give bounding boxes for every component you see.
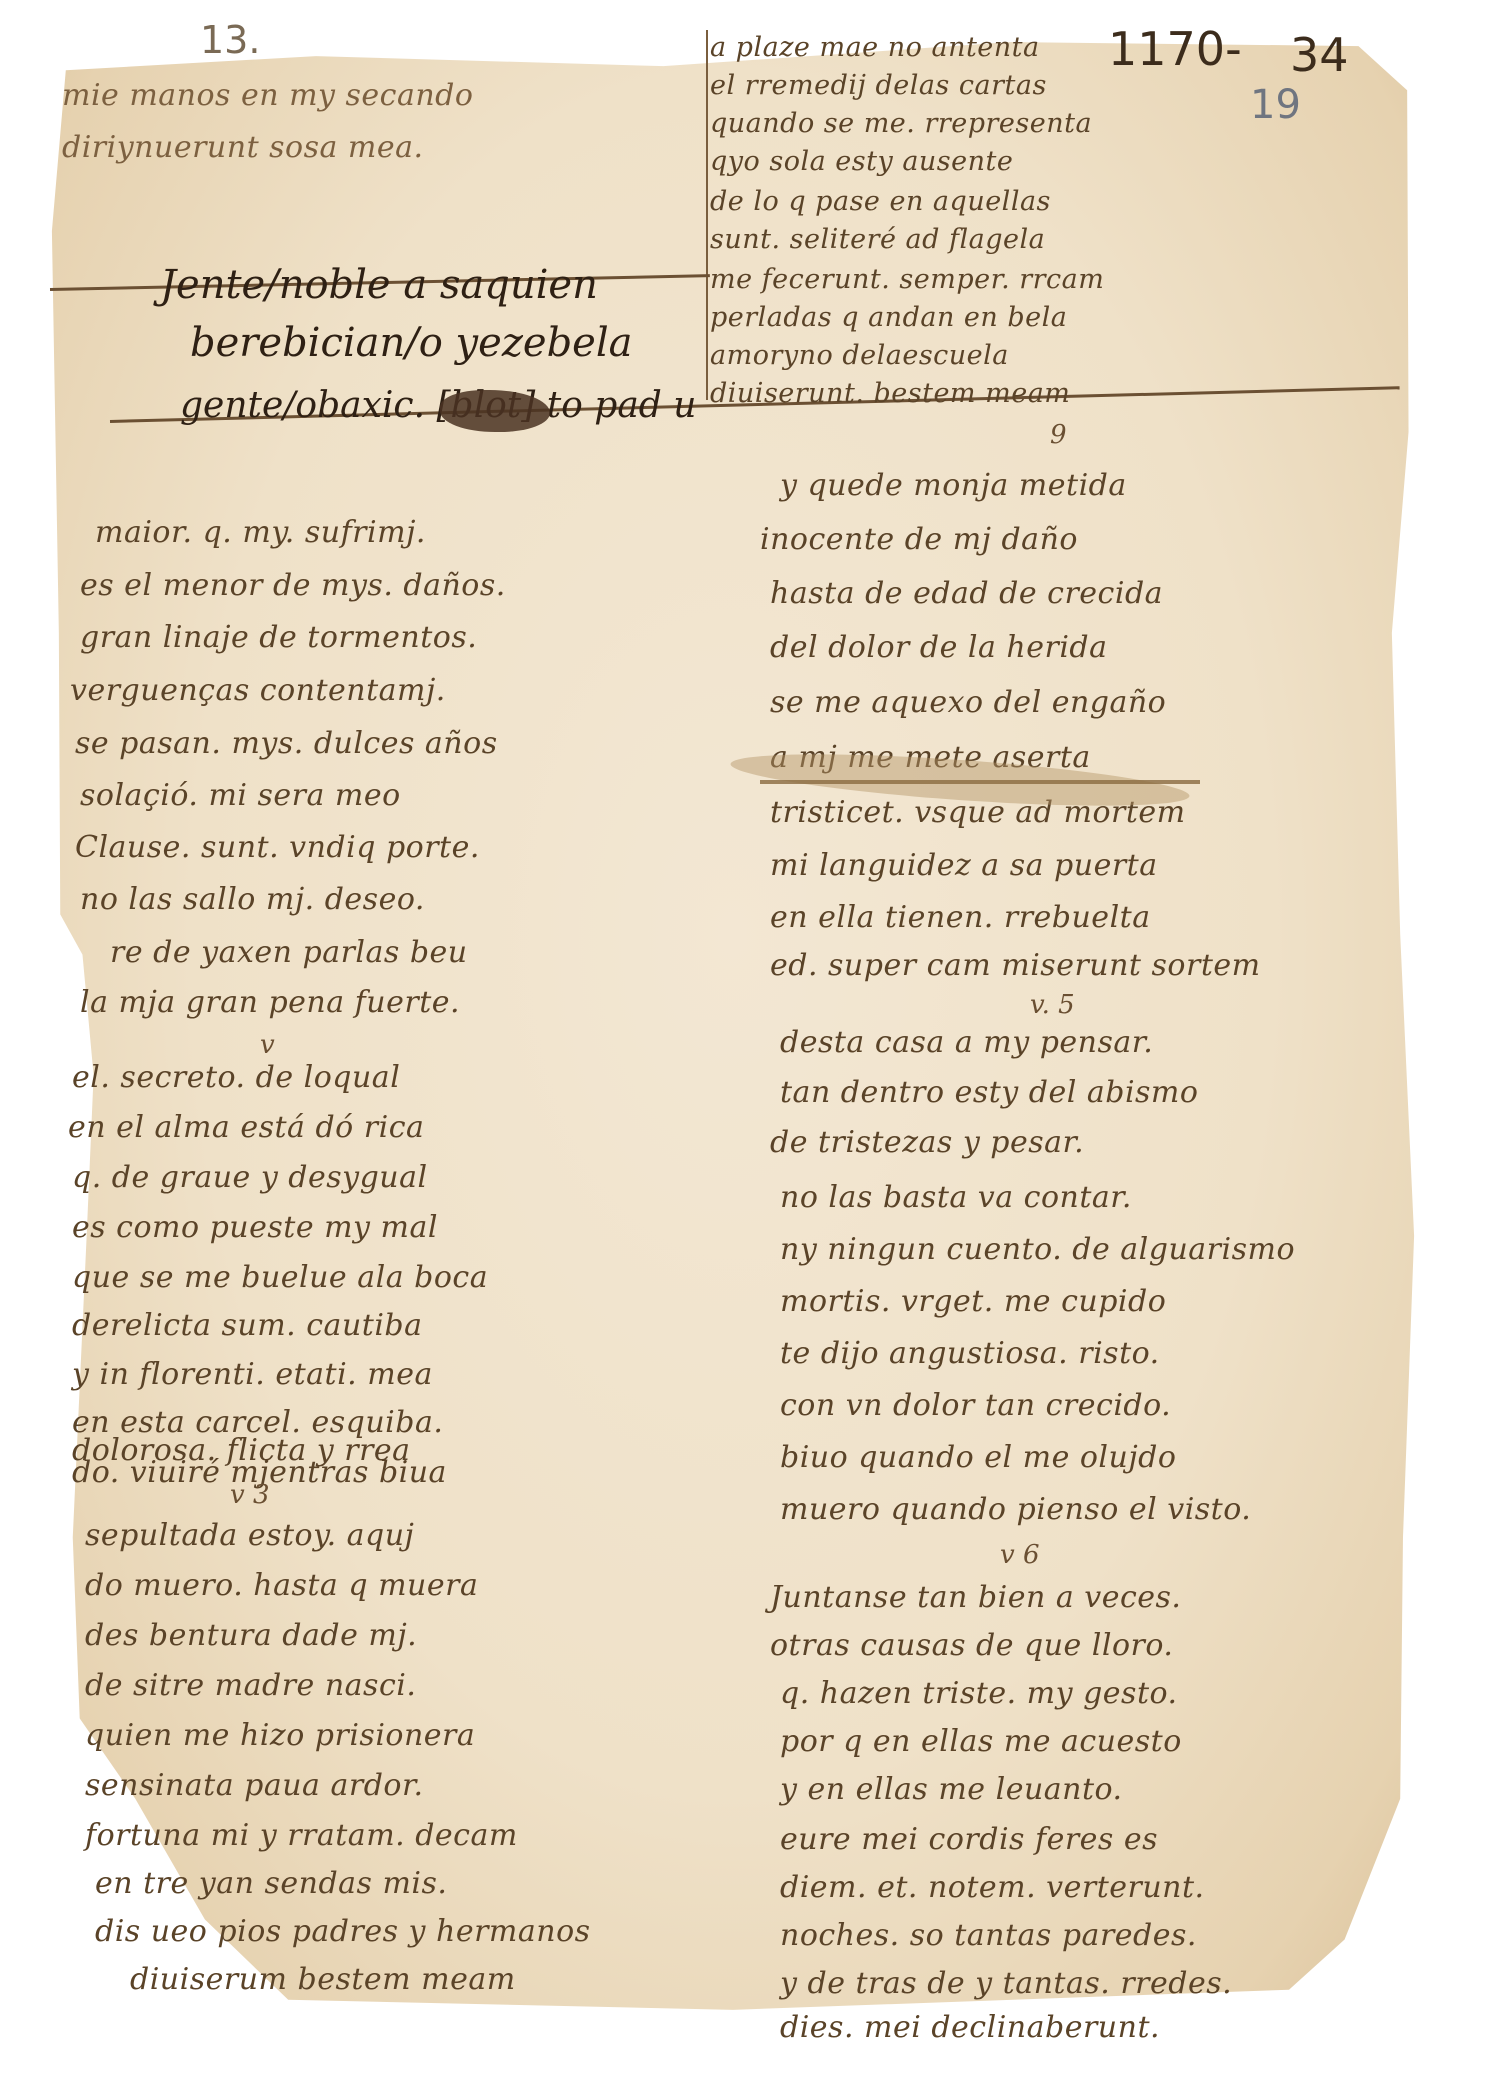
top-left-line: mie manos en my secando [62, 78, 473, 113]
left-stanza-1-line: se pasan. mys. dulces años [75, 726, 498, 761]
right-top-line: diuiserunt. bestem meam [710, 378, 1070, 409]
left-stanza-3-line: dis ueo pios padres y hermanos [95, 1914, 591, 1949]
folio-number-ink: 1170- [1108, 22, 1242, 76]
ink-blot [440, 390, 550, 432]
column-divider [706, 30, 708, 400]
left-stanza-2-line: en el alma está dó rica [68, 1110, 424, 1145]
right-stanza-3-line: dies. mei declinaberunt. [780, 2010, 1160, 2045]
left-stanza-3-line: do muero. hasta q muera [85, 1568, 478, 1603]
right-stanza-3-line: y en ellas me leuanto. [780, 1772, 1123, 1807]
left-stanza-3-line: diuiserum bestem meam [130, 1962, 516, 1997]
right-top-line: amoryno delaescuela [710, 340, 1009, 371]
right-stanza-2-line: de tristezas y pesar. [770, 1125, 1084, 1160]
left-stanza-3-line: quien me hizo prisionera [85, 1718, 475, 1753]
left-stanza-1-line: Clause. sunt. vndiq porte. [75, 830, 480, 865]
right-top-line: qyo sola esty ausente [710, 146, 1013, 177]
left-stanza-2-line: es como pueste my mal [72, 1210, 438, 1245]
right-stanza-2-line: te dijo angustiosa. risto. [780, 1336, 1160, 1371]
left-stanza-2-line: el. secreto. de loqual [72, 1060, 400, 1095]
right-stanza-2-line: biuo quando el me olujdo [780, 1440, 1176, 1475]
left-stanza-1-line: verguenças contentamj. [70, 673, 446, 708]
left-stanza-3-line: sepultada estoy. aquj [85, 1518, 414, 1553]
right-top-line: sunt. seliteré ad flagela [710, 224, 1045, 255]
left-stanza-3-line: fortuna mi y rratam. decam [85, 1818, 518, 1853]
right-stanza-3-line: eure mei cordis feres es [780, 1822, 1158, 1857]
right-stanza-3-line: noches. so tantas paredes. [780, 1918, 1197, 1953]
left-stanza-3-line: des bentura dade mj. [85, 1618, 417, 1653]
left-stanza-1-line: gran linaje de tormentos. [80, 620, 477, 655]
right-stanza-1-line: y quede monja metida [780, 468, 1127, 503]
right-stanza-2-line: no las basta va contar. [780, 1180, 1132, 1215]
right-top-line: me fecerunt. semper. rrcam [710, 264, 1104, 295]
left-stanza-1-line: re de yaxen parlas beu [110, 935, 468, 970]
left-stanza-2-line: que se me buelue ala boca [72, 1260, 488, 1295]
left-stanza-1-line: maior. q. my. sufrimj. [95, 515, 426, 550]
right-stanza-2-line: ny ningun cuento. de alguarismo [780, 1232, 1295, 1267]
top-left-line: diriynuerunt sosa mea. [62, 130, 424, 165]
left-stanza-3-line: de sitre madre nasci. [85, 1668, 416, 1703]
right-stanza-1-line: hasta de edad de crecida [770, 576, 1163, 611]
left-stanza-1-line: la mja gran pena fuerte. [80, 985, 460, 1020]
right-stanza-3-line: otras causas de que lloro. [770, 1628, 1173, 1663]
left-stanza-1-line: no las sallo mj. deseo. [80, 882, 425, 917]
stanza-marker: v [260, 1030, 275, 1060]
left-stanza-3-line: sensinata paua ardor. [85, 1768, 424, 1803]
stanza-marker: v. 5 [1030, 990, 1075, 1020]
stanza-marker: v 3 [230, 1480, 270, 1510]
right-stanza-2-line: tan dentro esty del abismo [780, 1075, 1198, 1110]
left-stanza-1-line: solaçió. mi sera meo [80, 778, 401, 813]
stanza-marker: 9 [1050, 420, 1067, 450]
right-top-line: a plaze mae no antenta [710, 32, 1040, 63]
right-top-line: perladas q andan en bela [710, 302, 1067, 333]
heading-line: berebician/o yezebela [190, 320, 632, 366]
stanza-marker: v 6 [1000, 1540, 1040, 1570]
right-stanza-1-line: en ella tienen. rrebuelta [770, 900, 1151, 935]
heading-line: gente/obaxic. [blot] to pad u [180, 385, 696, 426]
right-stanza-1-line: del dolor de la herida [770, 630, 1108, 665]
left-stanza-2-line: derelicta sum. cautiba [72, 1308, 423, 1343]
right-stanza-3-line: Juntanse tan bien a veces. [770, 1580, 1181, 1615]
heading-line: Jente/noble a saquien [160, 262, 598, 308]
folio-number-pencil: 19 [1250, 82, 1301, 128]
left-stanza-2-line: q. de graue y desygual [72, 1160, 428, 1195]
right-stanza-3-line: y de tras de y tantas. rredes. [780, 1966, 1232, 2001]
left-stanza-3-line: en tre yan sendas mis. [95, 1866, 447, 1901]
right-stanza-1-line: mi languidez a sa puerta [770, 848, 1158, 883]
right-stanza-3-line: q. hazen triste. my gesto. [780, 1676, 1178, 1711]
right-stanza-2-line: con vn dolor tan crecido. [780, 1388, 1171, 1423]
right-stanza-2-line: desta casa a my pensar. [780, 1025, 1153, 1060]
folio-number-left: 13. [200, 18, 260, 62]
right-top-line: de lo q pase en aquellas [710, 186, 1051, 217]
strikethrough [760, 780, 1200, 784]
left-stanza-2-line: y in florenti. etati. mea [72, 1357, 433, 1392]
right-stanza-3-line: diem. et. notem. verterunt. [780, 1870, 1205, 1905]
right-stanza-2-line: mortis. vrget. me cupido [780, 1284, 1166, 1319]
folio-number-ink-2: 34 [1290, 28, 1349, 82]
left-stanza-1-line: es el menor de mys. daños. [80, 568, 506, 603]
right-stanza-1-line: ed. super cam miserunt sortem [770, 948, 1261, 983]
left-stanza-2-line: dolorosa. flicta y rrea [72, 1433, 411, 1468]
right-top-line: el rremedij delas cartas [710, 70, 1047, 101]
right-stanza-3-line: por q en ellas me acuesto [780, 1724, 1182, 1759]
right-stanza-2-line: muero quando pienso el visto. [780, 1492, 1251, 1527]
right-stanza-1-line: se me aquexo del engaño [770, 685, 1166, 720]
right-stanza-1-line: inocente de mj daño [760, 522, 1078, 557]
right-top-line: quando se me. rrepresenta [710, 108, 1092, 139]
